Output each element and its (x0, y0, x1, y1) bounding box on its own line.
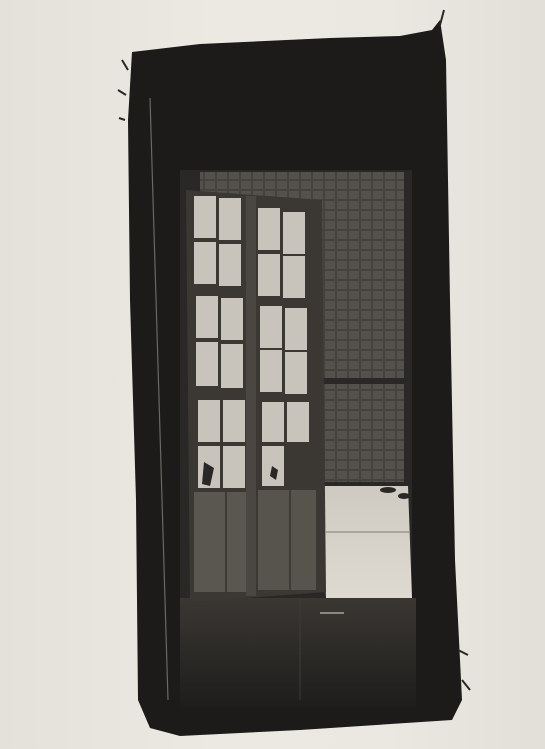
industrial-doors (186, 190, 326, 602)
photo-print (0, 0, 545, 749)
photograph (0, 0, 545, 749)
